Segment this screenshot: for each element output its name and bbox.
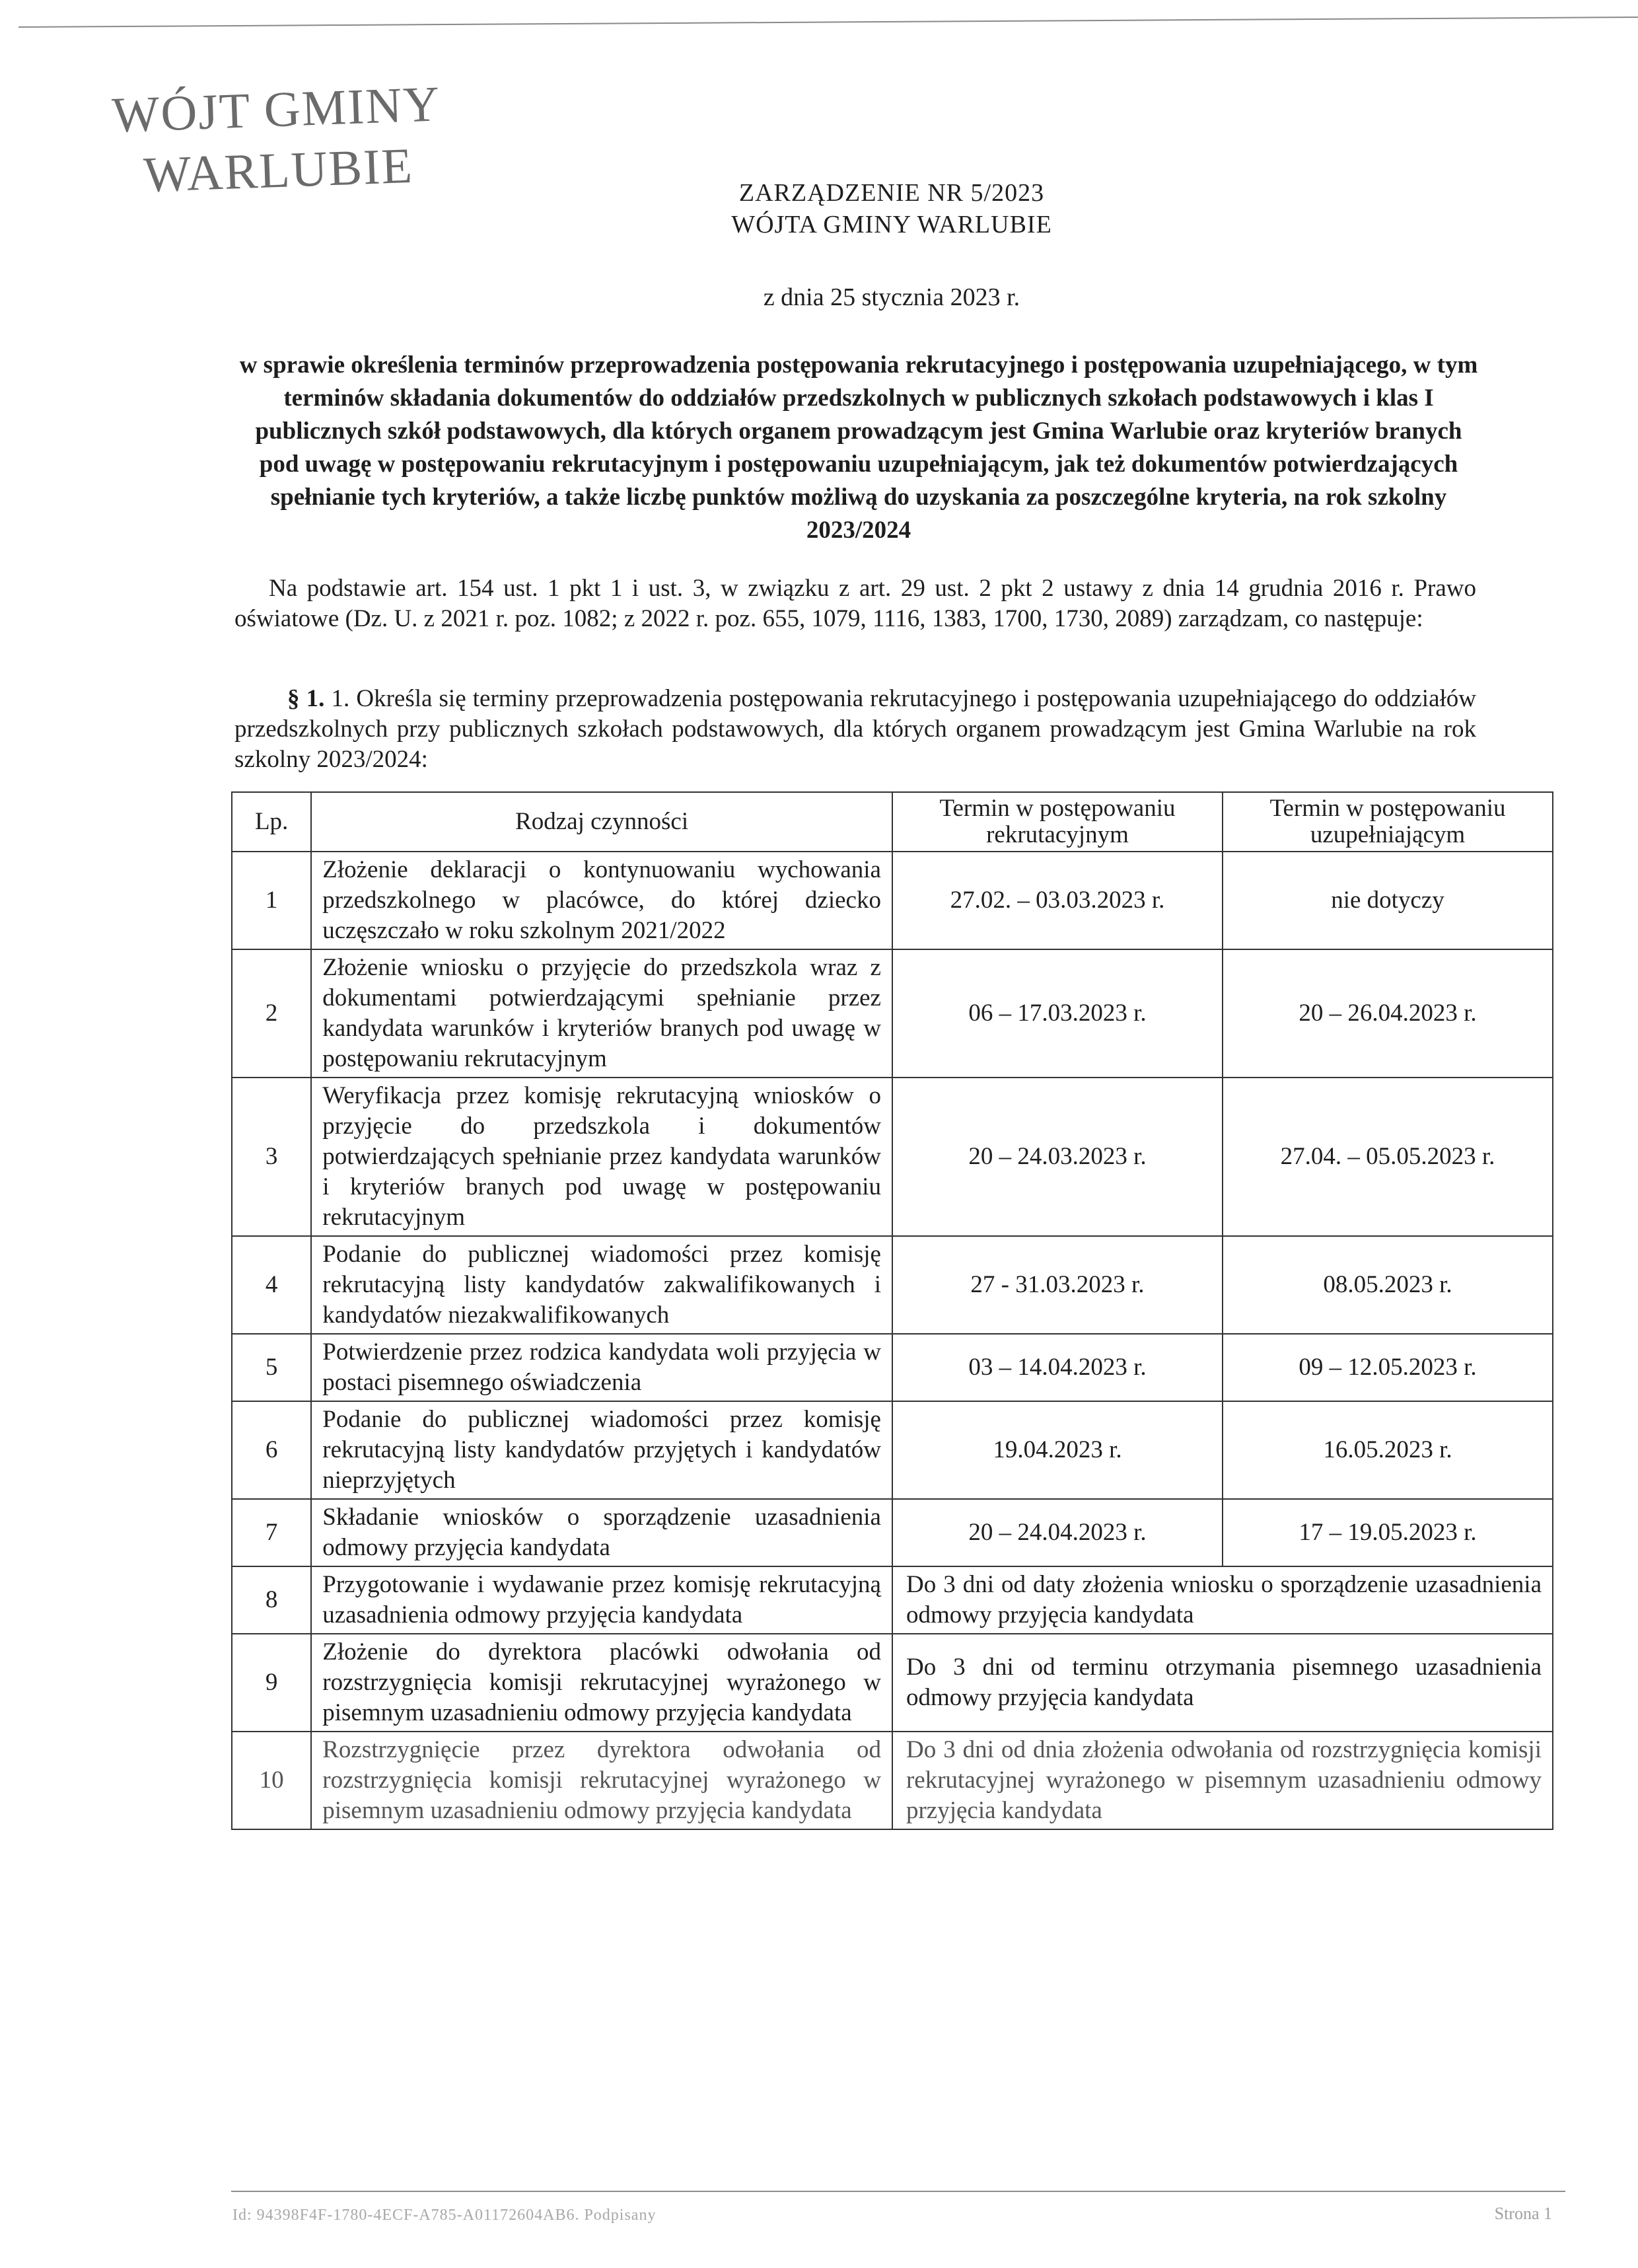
row-activity: Złożenie do dyrektora placówki odwołania…	[311, 1634, 892, 1732]
legal-basis-text: Na podstawie art. 154 ust. 1 pkt 1 i ust…	[234, 575, 1476, 632]
row-supplementary-date: 17 – 19.05.2023 r.	[1223, 1499, 1553, 1566]
table-row: 2Złożenie wniosku o przyjęcie do przedsz…	[232, 949, 1553, 1078]
row-number: 1	[232, 852, 311, 949]
table-row: 3Weryfikacja przez komisję rekrutacyjną …	[232, 1078, 1553, 1236]
row-number: 2	[232, 949, 311, 1078]
title-line-1: ZARZĄDZENIE NR 5/2023	[594, 177, 1189, 209]
row-supplementary-date: 20 – 26.04.2023 r.	[1223, 949, 1553, 1078]
row-deadline: Do 3 dni od dnia złożenia odwołania od r…	[892, 1732, 1553, 1829]
row-recruitment-date: 27 - 31.03.2023 r.	[892, 1236, 1223, 1334]
row-recruitment-date: 19.04.2023 r.	[892, 1401, 1223, 1499]
table-row: 4Podanie do publicznej wiadomości przez …	[232, 1236, 1553, 1334]
title-line-2: WÓJTA GMINY WARLUBIE	[594, 209, 1189, 240]
row-activity: Weryfikacja przez komisję rekrutacyjną w…	[311, 1078, 892, 1236]
row-recruitment-date: 20 – 24.03.2023 r.	[892, 1078, 1223, 1236]
row-recruitment-date: 06 – 17.03.2023 r.	[892, 949, 1223, 1078]
row-deadline: Do 3 dni od terminu otrzymania pisemnego…	[892, 1634, 1553, 1732]
row-supplementary-date: 27.04. – 05.05.2023 r.	[1223, 1078, 1553, 1236]
row-activity: Złożenie deklaracji o kontynuowaniu wych…	[311, 852, 892, 949]
row-supplementary-date: 16.05.2023 r.	[1223, 1401, 1553, 1499]
row-activity: Złożenie wniosku o przyjęcie do przedszk…	[311, 949, 892, 1078]
row-number: 6	[232, 1401, 311, 1499]
row-activity: Rozstrzygnięcie przez dyrektora odwołani…	[311, 1732, 892, 1829]
section-1-intro: § 1. 1. Określa się terminy przeprowadze…	[234, 684, 1476, 775]
section-1-text: 1. Określa się terminy przeprowadzenia p…	[234, 685, 1476, 773]
table-row: 6Podanie do publicznej wiadomości przez …	[232, 1401, 1553, 1499]
schedule-table: Lp. Rodzaj czynności Termin w postępowan…	[231, 791, 1553, 1830]
document-subject: w sprawie określenia terminów przeprowad…	[238, 349, 1479, 547]
row-deadline: Do 3 dni od daty złożenia wniosku o spor…	[892, 1566, 1553, 1634]
row-recruitment-date: 03 – 14.04.2023 r.	[892, 1334, 1223, 1401]
row-activity: Podanie do publicznej wiadomości przez k…	[311, 1236, 892, 1334]
table-header-row: Lp. Rodzaj czynności Termin w postępowan…	[232, 792, 1553, 852]
footer-document-id: Id: 94398F4F-1780-4ECF-A785-A01172604AB6…	[232, 2207, 656, 2224]
row-number: 8	[232, 1566, 311, 1634]
section-marker: § 1.	[287, 685, 324, 712]
table-row: 8Przygotowanie i wydawanie przez komisję…	[232, 1566, 1553, 1634]
document-date: z dnia 25 stycznia 2023 r.	[594, 283, 1189, 312]
row-supplementary-date: nie dotyczy	[1223, 852, 1553, 949]
row-number: 3	[232, 1078, 311, 1236]
row-number: 9	[232, 1634, 311, 1732]
row-activity: Przygotowanie i wydawanie przez komisję …	[311, 1566, 892, 1634]
header-activity: Rodzaj czynności	[311, 792, 892, 852]
office-stamp: WÓJT GMINY WARLUBIE	[77, 73, 478, 208]
row-activity: Podanie do publicznej wiadomości przez k…	[311, 1401, 892, 1499]
row-activity: Składanie wniosków o sporządzenie uzasad…	[311, 1499, 892, 1566]
header-supplementary: Termin w postępowaniu uzupełniającym	[1223, 792, 1553, 852]
legal-basis: Na podstawie art. 154 ust. 1 pkt 1 i ust…	[234, 573, 1476, 634]
table-row: 10Rozstrzygnięcie przez dyrektora odwoła…	[232, 1732, 1553, 1829]
row-recruitment-date: 27.02. – 03.03.2023 r.	[892, 852, 1223, 949]
table-row: 5Potwierdzenie przez rodzica kandydata w…	[232, 1334, 1553, 1401]
row-number: 7	[232, 1499, 311, 1566]
table-row: 7Składanie wniosków o sporządzenie uzasa…	[232, 1499, 1553, 1566]
row-number: 4	[232, 1236, 311, 1334]
row-number: 5	[232, 1334, 311, 1401]
row-activity: Potwierdzenie przez rodzica kandydata wo…	[311, 1334, 892, 1401]
row-supplementary-date: 08.05.2023 r.	[1223, 1236, 1553, 1334]
footer-line	[231, 2191, 1565, 2192]
header-lp: Lp.	[232, 792, 311, 852]
table-row: 9Złożenie do dyrektora placówki odwołani…	[232, 1634, 1553, 1732]
header-recruitment: Termin w postępowaniu rekrutacyjnym	[892, 792, 1223, 852]
row-recruitment-date: 20 – 24.04.2023 r.	[892, 1499, 1223, 1566]
table-row: 1Złożenie deklaracji o kontynuowaniu wyc…	[232, 852, 1553, 949]
row-supplementary-date: 09 – 12.05.2023 r.	[1223, 1334, 1553, 1401]
document-title: ZARZĄDZENIE NR 5/2023 WÓJTA GMINY WARLUB…	[594, 177, 1189, 240]
top-edge-line	[18, 17, 1638, 28]
row-number: 10	[232, 1732, 311, 1829]
page-number: Strona 1	[1495, 2204, 1552, 2224]
